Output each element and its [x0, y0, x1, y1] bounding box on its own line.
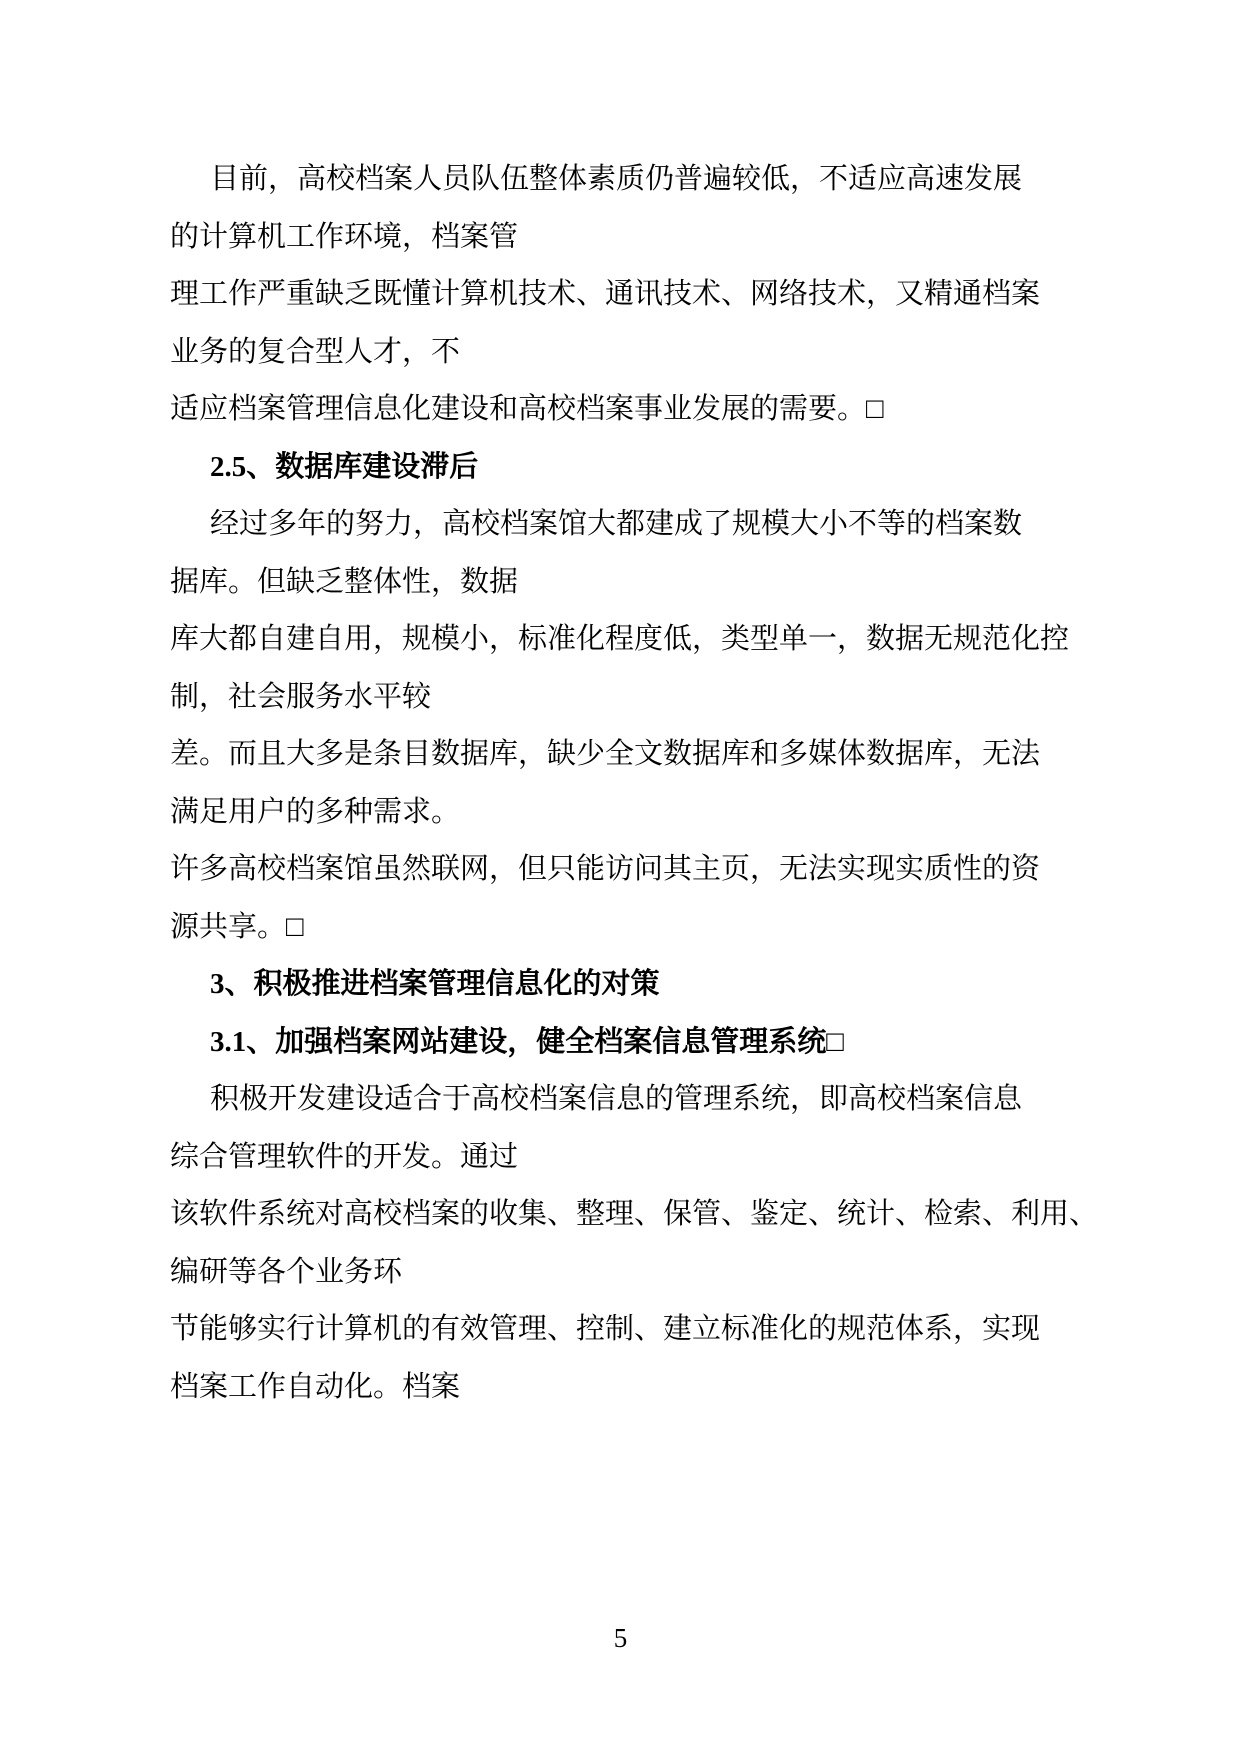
text-line: 该软件系统对高校档案的收集、整理、保管、鉴定、统计、检索、利用、 — [170, 1195, 1080, 1253]
section-heading: 3、积极推进档案管理信息化的对策 — [170, 965, 1080, 1023]
text-line: 差。而且大多是条目数据库，缺少全文数据库和多媒体数据库，无法 — [170, 735, 1080, 793]
text-line: 业务的复合型人才，不 — [170, 333, 1080, 391]
text-line: 编研等各个业务环 — [170, 1253, 1080, 1311]
text-line: 的计算机工作环境，档案管 — [170, 218, 1080, 276]
text-line: 综合管理软件的开发。通过 — [170, 1138, 1080, 1196]
text-line: 节能够实行计算机的有效管理、控制、建立标准化的规范体系，实现 — [170, 1310, 1080, 1368]
document-page: { "page": { "number": "5", "lines": [ {"… — [0, 0, 1241, 1754]
text-line: 理工作严重缺乏既懂计算机技术、通讯技术、网络技术，又精通档案 — [170, 275, 1080, 333]
text-line: 目前，高校档案人员队伍整体素质仍普遍较低，不适应高速发展 — [170, 160, 1080, 218]
text-line: 源共享。□ — [170, 908, 1080, 966]
page-number: 5 — [0, 1622, 1241, 1654]
text-line: 库大都自建自用，规模小，标准化程度低，类型单一，数据无规范化控 — [170, 620, 1080, 678]
text-line: 满足用户的多种需求。 — [170, 793, 1080, 851]
section-heading: 2.5、数据库建设滞后 — [170, 448, 1080, 506]
text-line: 积极开发建设适合于高校档案信息的管理系统，即高校档案信息 — [170, 1080, 1080, 1138]
text-line: 档案工作自动化。档案 — [170, 1368, 1080, 1426]
text-line: 据库。但缺乏整体性，数据 — [170, 563, 1080, 621]
text-line: 经过多年的努力，高校档案馆大都建成了规模大小不等的档案数 — [170, 505, 1080, 563]
text-line: 制，社会服务水平较 — [170, 678, 1080, 736]
text-line: 许多高校档案馆虽然联网，但只能访问其主页，无法实现实质性的资 — [170, 850, 1080, 908]
text-block: 目前，高校档案人员队伍整体素质仍普遍较低，不适应高速发展的计算机工作环境，档案管… — [170, 160, 1080, 1425]
text-line: 适应档案管理信息化建设和高校档案事业发展的需要。□ — [170, 390, 1080, 448]
section-heading: 3.1、加强档案网站建设，健全档案信息管理系统□ — [170, 1023, 1080, 1081]
